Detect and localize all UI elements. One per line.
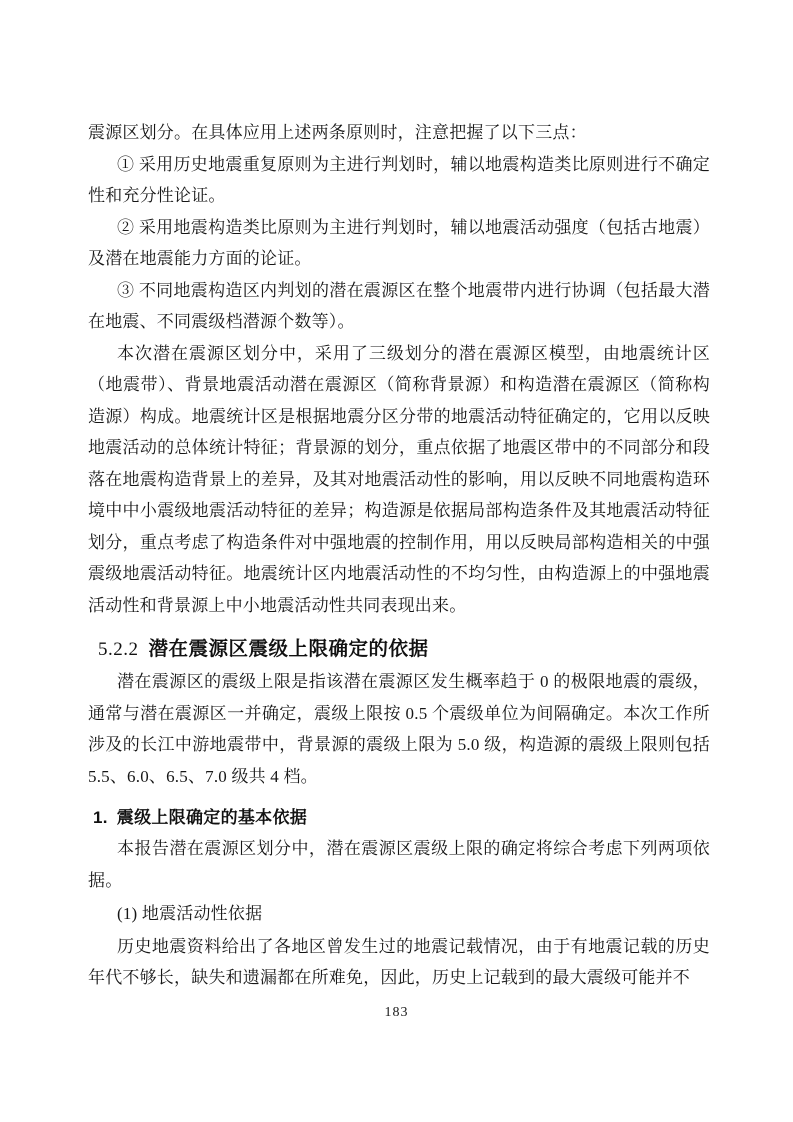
page-footer: 183 <box>0 1005 793 1021</box>
page-body: 震源区划分。在具体应用上述两条原则时，注意把握了以下三点： ① 采用历史地震重复… <box>88 117 710 994</box>
numbered-point-1: ① 采用历史地震重复原则为主进行判划时，辅以地震构造类比原则进行不确定性和充分性… <box>88 149 710 212</box>
section-title: 潜在震源区震级上限确定的依据 <box>149 638 429 660</box>
page-number: 183 <box>385 1005 409 1020</box>
paragraph-historical-records: 历史地震资料给出了各地区曾发生过的地震记载情况，由于有地震记载的历史年代不够长，… <box>88 931 710 994</box>
sub-heading: 1.震级上限确定的基本依据 <box>88 806 710 830</box>
numbered-point-3: ③ 不同地震构造区内判划的潜在震源区在整个地震带内进行协调（包括最大潜在地震、不… <box>88 275 710 338</box>
document-page: 震源区划分。在具体应用上述两条原则时，注意把握了以下三点： ① 采用历史地震重复… <box>0 0 793 1122</box>
sub-heading-title: 震级上限确定的基本依据 <box>117 808 307 827</box>
list-item-seismicity-basis: (1) 地震活动性依据 <box>88 898 710 930</box>
sub-heading-number: 1. <box>93 808 108 827</box>
paragraph-magnitude-upper-limit: 潜在震源区的震级上限是指该潜在震源区发生概率趋于 0 的极限地震的震级，通常与潜… <box>88 666 710 792</box>
paragraph-source-model: 本次潜在震源区划分中，采用了三级划分的潜在震源区模型，由地震统计区（地震带）、背… <box>88 338 710 622</box>
paragraph-continuation: 震源区划分。在具体应用上述两条原则时，注意把握了以下三点： <box>88 117 710 149</box>
numbered-point-2: ② 采用地震构造类比原则为主进行判划时，辅以地震活动强度（包括古地震）及潜在地震… <box>88 212 710 275</box>
section-number: 5.2.2 <box>98 639 139 660</box>
paragraph-report-basis: 本报告潜在震源区划分中，潜在震源区震级上限的确定将综合考虑下列两项依据。 <box>88 833 710 896</box>
section-heading: 5.2.2潜在震源区震级上限确定的依据 <box>88 635 710 664</box>
